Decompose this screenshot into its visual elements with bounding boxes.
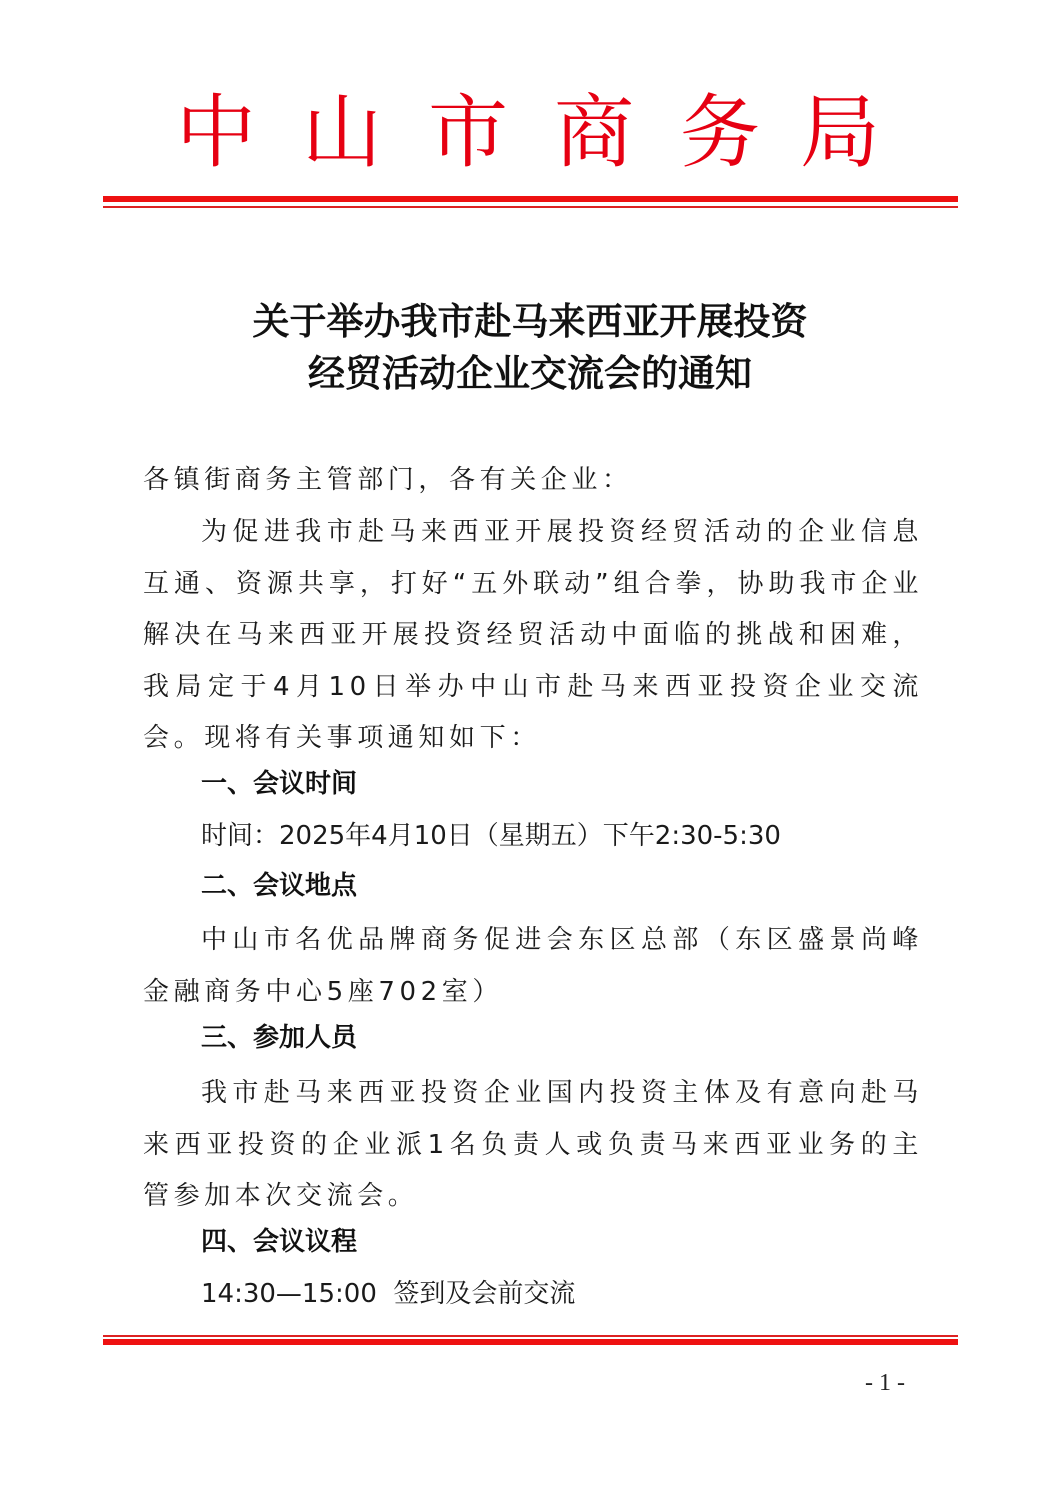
agenda-item: 14:30—15:00 签到及会前交流	[201, 1276, 575, 1312]
footer-rule-thin	[103, 1335, 958, 1337]
letterhead-char: 中	[176, 88, 256, 178]
page-number: - 1 -	[830, 1370, 940, 1397]
intro-paragraph: 为促进我市赴马来西亚开展投资经贸活动的企业信息互通、资源共享，打好“五外联动”组…	[143, 507, 923, 765]
section-heading-location: 二、会议地点	[201, 868, 357, 904]
letterhead: 中 山 市 商 务 局	[0, 88, 1060, 178]
section-heading-agenda: 四、会议议程	[201, 1224, 357, 1260]
document-title-line-2: 经贸活动企业交流会的通知	[0, 346, 1060, 400]
letterhead-char: 山	[302, 88, 382, 178]
footer-rule-thick	[103, 1339, 958, 1345]
section-heading-attendees: 三、参加人员	[201, 1020, 357, 1056]
header-rule-thick	[103, 196, 958, 202]
meeting-time: 时间：2025年4月10日（星期五）下午2:30-5:30	[201, 818, 781, 854]
header-rule-thin	[103, 206, 958, 208]
letterhead-char: 商	[554, 88, 634, 178]
meeting-location: 中山市名优品牌商务促进会东区总部（东区盛景尚峰金融商务中心5座702室）	[143, 915, 923, 1018]
section-heading-time: 一、会议时间	[201, 766, 357, 802]
letterhead-char: 务	[680, 88, 760, 178]
letterhead-char: 市	[428, 88, 508, 178]
letterhead-char: 局	[800, 88, 880, 178]
attendees-description: 我市赴马来西亚投资企业国内投资主体及有意向赴马来西亚投资的企业派1名负责人或负责…	[143, 1068, 923, 1223]
document-title-line-1: 关于举办我市赴马来西亚开展投资	[0, 294, 1060, 348]
salutation: 各镇街商务主管部门，各有关企业：	[143, 455, 923, 507]
